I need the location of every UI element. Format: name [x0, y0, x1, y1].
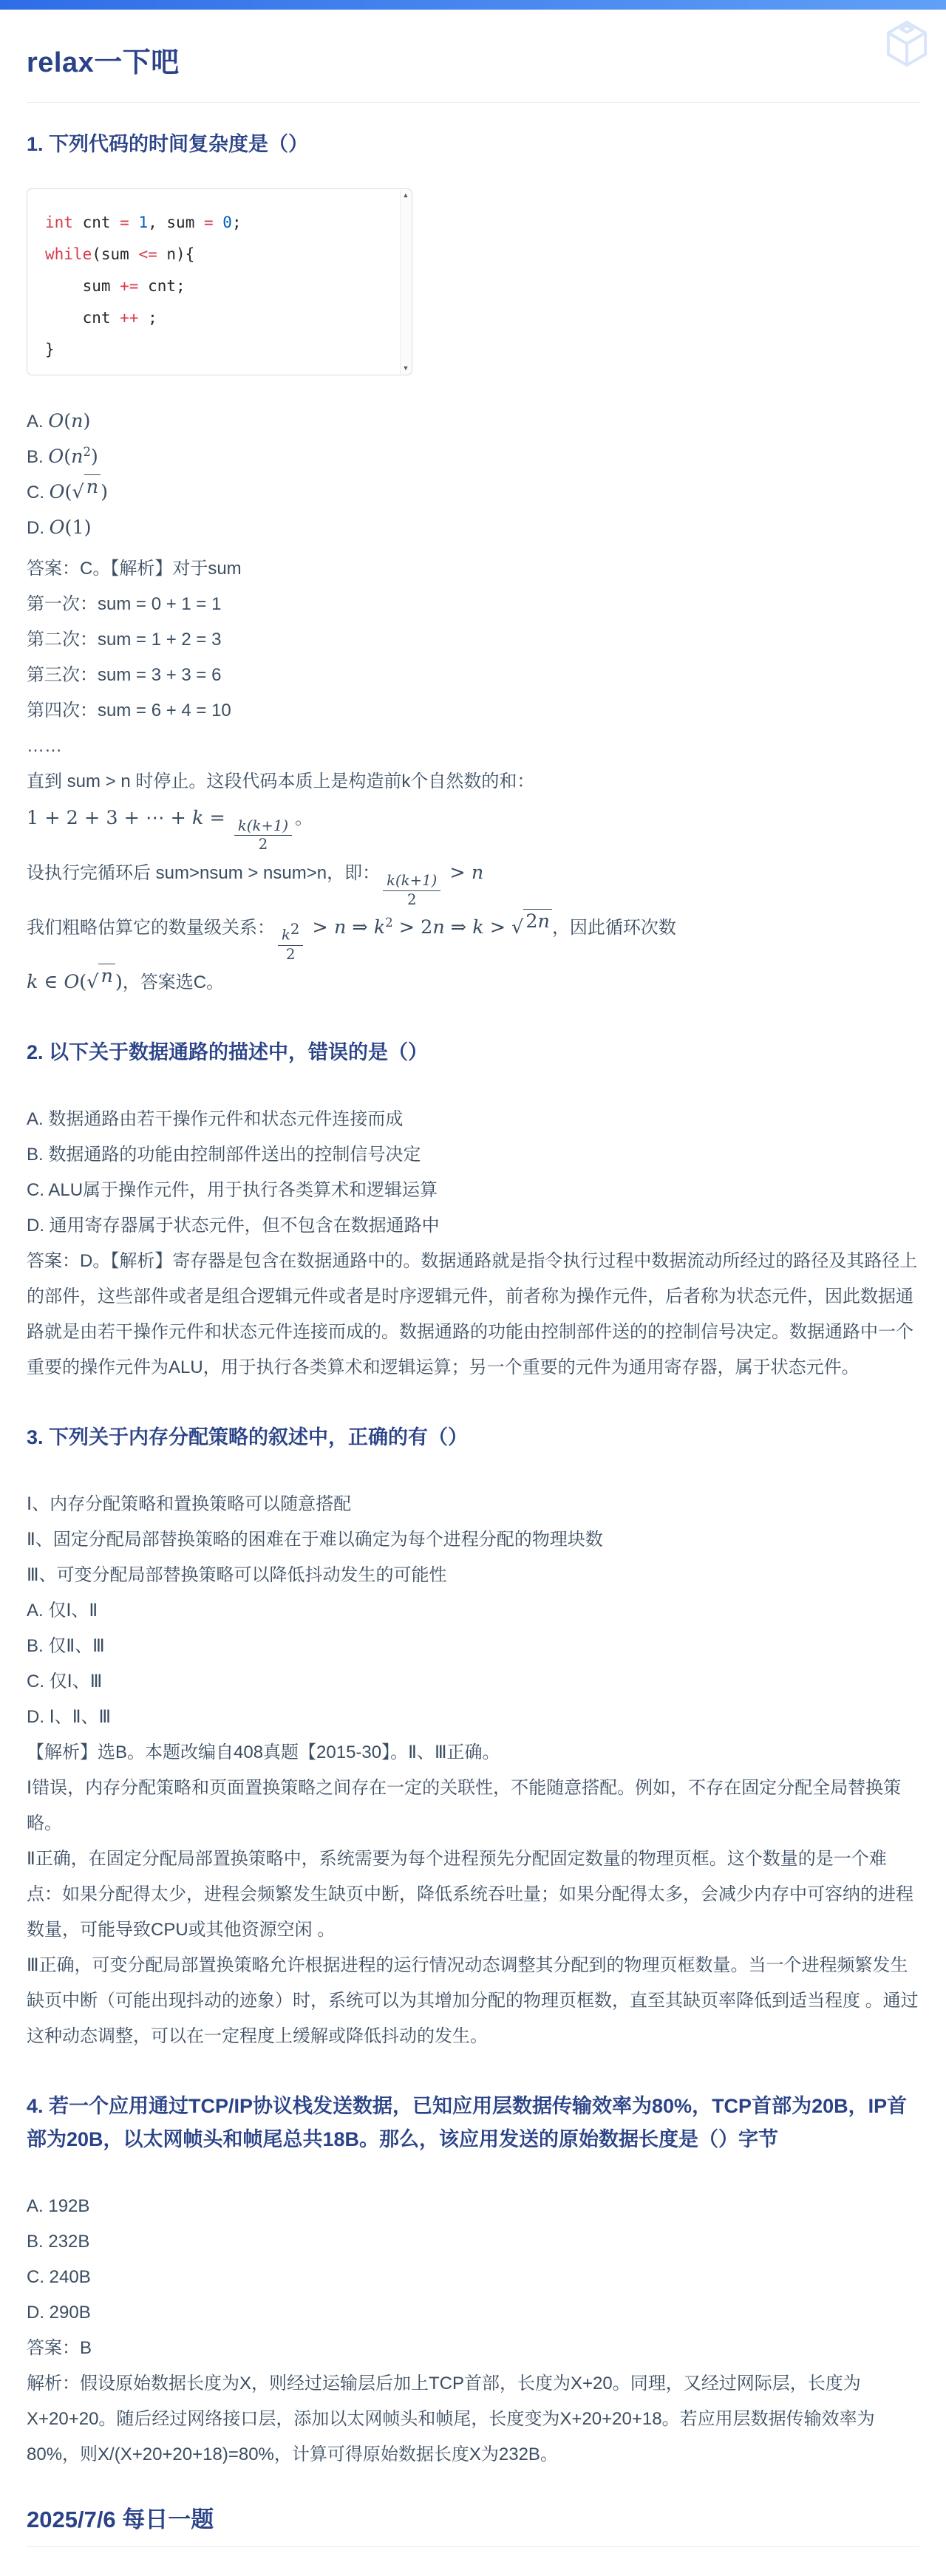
option-row: B. 232B	[27, 2224, 919, 2260]
question-3-explanation-1: Ⅰ错误，内存分配策略和页面置换策略之间存在一定的关联性，不能随意搭配。例如，不存…	[27, 1771, 919, 1841]
title-divider	[27, 102, 919, 103]
text-line: k ∈ O(√n)，答案选C。	[27, 964, 919, 1001]
question-4-explanation: 解析：假设原始数据长度为X，则经过运输层后加上TCP首部，长度为X+20。同理，…	[27, 2366, 919, 2473]
text-line: 答案：C。【解析】对于sum	[27, 551, 919, 587]
article: relax一下吧 1. 下列代码的时间复杂度是（） int cnt = 1, s…	[0, 39, 946, 2547]
question-3: 3. 下列关于内存分配策略的叙述中，正确的有（） Ⅰ、内存分配策略和置换策略可以…	[27, 1421, 919, 2054]
question-3-explanation-2: Ⅱ正确，在固定分配局部置换策略中，系统需要为每个进程预先分配固定数量的物理页框。…	[27, 1841, 919, 1948]
text-line: 第二次：sum = 1 + 2 = 3	[27, 622, 919, 658]
top-accent-bar	[0, 0, 946, 10]
question-1: 1. 下列代码的时间复杂度是（） int cnt = 1, sum = 0;wh…	[27, 128, 919, 1001]
text-line: 我们粗略估算它的数量级关系：k22 > n ⇒ k2 > 2n ⇒ k > √2…	[27, 909, 919, 964]
question-2-heading: 2. 以下关于数据通路的描述中，错误的是（）	[27, 1036, 919, 1069]
option-row: B. 仅Ⅱ、Ⅲ	[27, 1629, 919, 1664]
code-line: cnt ++ ;	[45, 302, 382, 334]
option-row: D. Ⅰ、Ⅱ、Ⅲ	[27, 1700, 919, 1735]
question-1-heading: 1. 下列代码的时间复杂度是（）	[27, 128, 919, 161]
code-line: while(sum <= n){	[45, 239, 382, 270]
text-line: 第一次：sum = 0 + 1 = 1	[27, 587, 919, 622]
text-line: 第四次：sum = 6 + 4 = 10	[27, 693, 919, 729]
question-1-explanation: 答案：C。【解析】对于sum第一次：sum = 0 + 1 = 1第二次：sum…	[27, 551, 919, 1001]
option-row: C. ALU属于操作元件，用于执行各类算术和逻辑运算	[27, 1173, 919, 1208]
option-row: D. O(1)	[27, 510, 919, 545]
text-line: 第三次：sum = 3 + 3 = 6	[27, 658, 919, 693]
question-2-options: A. 数据通路由若干操作元件和状态元件连接而成B. 数据通路的功能由控制部件送出…	[27, 1102, 919, 1244]
question-4-heading: 4. 若一个应用通过TCP/IP协议栈发送数据，已知应用层数据传输效率为80%，…	[27, 2090, 919, 2156]
question-4-options: A. 192BB. 232BC. 240BD. 290B	[27, 2189, 919, 2331]
code-line: sum += cnt;	[45, 270, 382, 302]
question-3-options: A. 仅Ⅰ、ⅡB. 仅Ⅱ、ⅢC. 仅Ⅰ、ⅢD. Ⅰ、Ⅱ、Ⅲ	[27, 1593, 919, 1735]
code-line: int cnt = 1, sum = 0;	[45, 207, 382, 239]
text-line: 直到 sum > n 时停止。这段代码本质上是构造前k个自然数的和：	[27, 764, 919, 800]
option-row: A. O(n)	[27, 403, 919, 439]
question-4: 4. 若一个应用通过TCP/IP协议栈发送数据，已知应用层数据传输效率为80%，…	[27, 2090, 919, 2473]
option-row: A. 192B	[27, 2189, 919, 2224]
code-line: }	[45, 334, 382, 366]
question-4-answer: 答案：B	[27, 2331, 919, 2366]
scroll-up-arrow-icon[interactable]: ▲	[403, 192, 409, 199]
option-row: B. O(n2)	[27, 439, 919, 474]
question-1-options: A. O(n)B. O(n2)C. O(√n)D. O(1)	[27, 403, 919, 545]
footer-divider	[27, 2546, 919, 2547]
statement-row: Ⅰ、内存分配策略和置换策略可以随意搭配	[27, 1487, 919, 1522]
question-3-explanation-3: Ⅲ正确，可变分配局部置换策略允许根据进程的运行情况动态调整其分配到的物理页框数量…	[27, 1948, 919, 2054]
question-3-explanation-intro: 【解析】选B。本题改编自408真题【2015-30】。Ⅱ、Ⅲ正确。	[27, 1735, 919, 1771]
statement-row: Ⅲ、可变分配局部替换策略可以降低抖动发生的可能性	[27, 1558, 919, 1593]
question-3-statements: Ⅰ、内存分配策略和置换策略可以随意搭配Ⅱ、固定分配局部替换策略的困难在于难以确定…	[27, 1487, 919, 1593]
option-row: C. 240B	[27, 2260, 919, 2295]
question-2: 2. 以下关于数据通路的描述中，错误的是（） A. 数据通路由若干操作元件和状态…	[27, 1036, 919, 1386]
code-block: int cnt = 1, sum = 0;while(sum <= n){ su…	[27, 188, 412, 375]
code-scrollbar[interactable]: ▲ ▼	[400, 190, 411, 374]
option-row: C. 仅Ⅰ、Ⅲ	[27, 1664, 919, 1700]
option-row: D. 290B	[27, 2295, 919, 2331]
code-content: int cnt = 1, sum = 0;while(sum <= n){ su…	[45, 207, 382, 366]
option-row: B. 数据通路的功能由控制部件送出的控制信号决定	[27, 1137, 919, 1173]
box-logo-icon	[879, 19, 934, 68]
question-3-heading: 3. 下列关于内存分配策略的叙述中，正确的有（）	[27, 1421, 919, 1454]
text-line: 设执行完循环后 sum>nsum > nsum>n，即：k(k+1)2 > n	[27, 854, 919, 909]
option-row: C. O(√n)	[27, 474, 919, 510]
question-2-explanation: 答案：D。【解析】寄存器是包含在数据通路中的。数据通路就是指令执行过程中数据流动…	[27, 1244, 919, 1386]
text-line: ……	[27, 729, 919, 764]
scroll-down-arrow-icon[interactable]: ▼	[403, 365, 409, 372]
text-line: 1 + 2 + 3 + ⋯ + k = k(k+1)2。	[27, 800, 919, 854]
date-heading: 2025/7/6 每日一题	[27, 2505, 919, 2535]
option-row: D. 通用寄存器属于状态元件，但不包含在数据通路中	[27, 1208, 919, 1244]
option-row: A. 仅Ⅰ、Ⅱ	[27, 1593, 919, 1629]
option-row: A. 数据通路由若干操作元件和状态元件连接而成	[27, 1102, 919, 1137]
statement-row: Ⅱ、固定分配局部替换策略的困难在于难以确定为每个进程分配的物理块数	[27, 1522, 919, 1558]
page-title: relax一下吧	[27, 39, 919, 80]
